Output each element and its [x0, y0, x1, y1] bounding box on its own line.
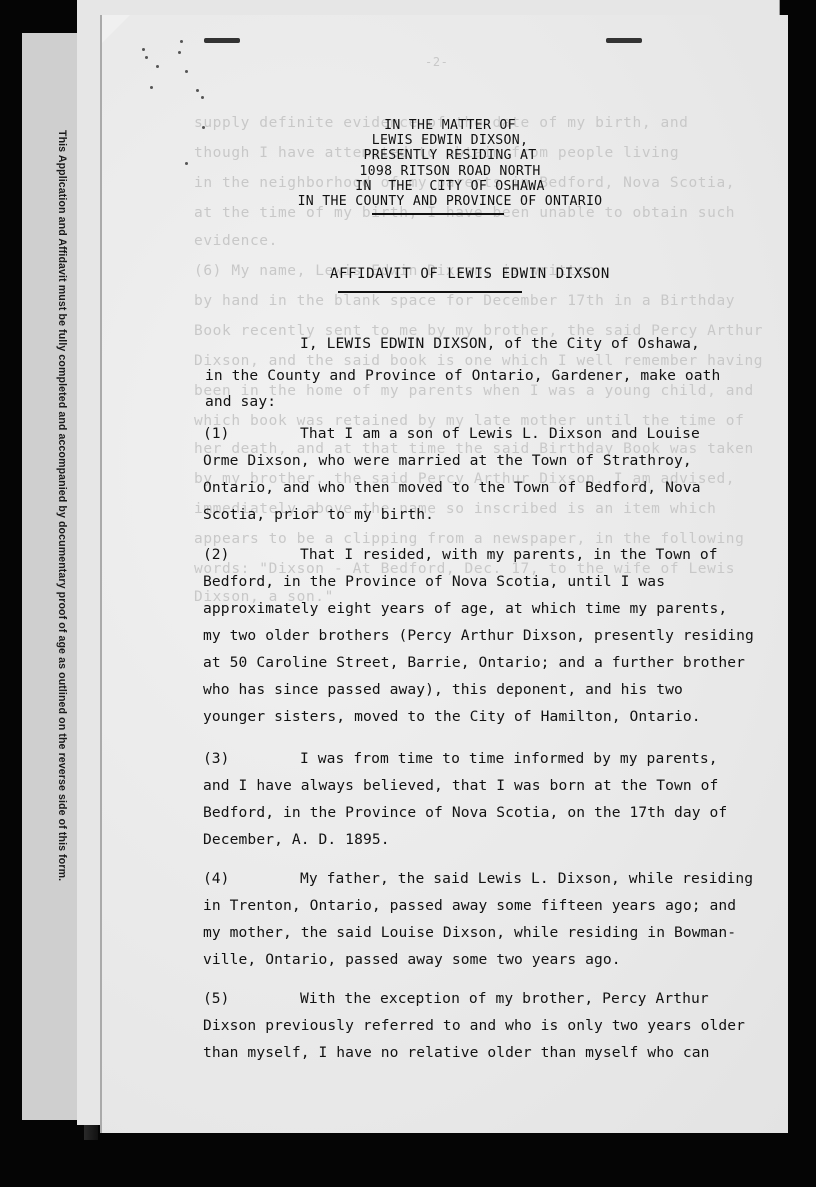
paragraph-line: approximately eight years of age, at whi…: [203, 600, 727, 617]
pinhole: [145, 56, 148, 59]
paragraph-line: Dixson previously referred to and who is…: [203, 1017, 745, 1034]
affidavit-title: AFFIDAVIT OF LEWIS EDWIN DIXSON: [200, 266, 740, 282]
paragraph-line: Ontario, and who then moved to the Town …: [203, 479, 701, 496]
staple-mark-right: [606, 38, 642, 43]
paragraph-line: Orme Dixson, who were married at the Tow…: [203, 452, 692, 469]
title-underline: [338, 291, 522, 293]
paragraph-line: in Trenton, Ontario, passed away some fi…: [203, 897, 736, 914]
caption-line: IN THE CITY OF OSHAWA: [200, 179, 700, 194]
paragraph-line: Scotia, prior to my birth.: [203, 506, 434, 523]
paragraph-line: who has since passed away), this deponen…: [203, 681, 683, 698]
pinhole: [201, 96, 204, 99]
caption-underline: [372, 213, 504, 215]
paragraph-line: my mother, the said Louise Dixson, while…: [203, 924, 736, 941]
pinhole: [185, 162, 188, 165]
paragraph-line: That I resided, with my parents, in the …: [300, 546, 718, 563]
paragraph-number: (2): [203, 546, 229, 563]
pinhole: [196, 89, 199, 92]
paragraph-line: I was from time to time informed by my p…: [300, 750, 718, 767]
paragraph-number: (1): [203, 425, 229, 442]
bleed-through-line: evidence.: [194, 233, 278, 249]
paragraph-number: (4): [203, 870, 229, 887]
caption-line: IN THE COUNTY AND PROVINCE OF ONTARIO: [200, 194, 700, 209]
paragraph-line: December, A. D. 1895.: [203, 831, 390, 848]
paragraph-line: than myself, I have no relative older th…: [203, 1044, 710, 1061]
paragraph-line: younger sisters, moved to the City of Ha…: [203, 708, 701, 725]
caption-line: 1098 RITSON ROAD NORTH: [200, 164, 700, 179]
caption-line: PRESENTLY RESIDING AT: [200, 148, 700, 163]
paragraph-line: and I have always believed, that I was b…: [203, 777, 718, 794]
paragraph-line: Bedford, in the Province of Nova Scotia,…: [203, 804, 727, 821]
pinhole: [150, 86, 153, 89]
intro-line: in the County and Province of Ontario, G…: [205, 367, 720, 384]
paragraph-line: Bedford, in the Province of Nova Scotia,…: [203, 573, 665, 590]
page-corner-fold: [102, 15, 130, 43]
paragraph-line: My father, the said Lewis L. Dixson, whi…: [300, 870, 753, 887]
case-caption: IN THE MATTER OF LEWIS EDWIN DIXSON, PRE…: [200, 118, 700, 209]
pinhole: [185, 70, 188, 73]
caption-line: LEWIS EDWIN DIXSON,: [200, 133, 700, 148]
paragraph-line: That I am a son of Lewis L. Dixson and L…: [300, 425, 700, 442]
paragraph-line: With the exception of my brother, Percy …: [300, 990, 709, 1007]
bleed-page-number: -2-: [425, 55, 448, 69]
paragraph-number: (3): [203, 750, 229, 767]
pinhole: [178, 51, 181, 54]
paragraph-line: my two older brothers (Percy Arthur Dixs…: [203, 627, 754, 644]
bleed-through-line: appears to be a clipping from a newspape…: [194, 531, 744, 547]
pinhole: [156, 65, 159, 68]
bleed-through-line: been in the home of my parents when I wa…: [194, 383, 754, 399]
caption-line: IN THE MATTER OF: [200, 118, 700, 133]
margin-instruction-text: This Application and Affidavit must be f…: [56, 130, 68, 881]
paragraph-line: at 50 Caroline Street, Barrie, Ontario; …: [203, 654, 745, 671]
intro-line: and say:: [205, 393, 276, 410]
pinhole: [180, 40, 183, 43]
intro-line: I, LEWIS EDWIN DIXSON, of the City of Os…: [300, 335, 700, 352]
paragraph-line: ville, Ontario, passed away some two yea…: [203, 951, 621, 968]
pinhole: [142, 48, 145, 51]
staple-mark-left: [204, 38, 240, 43]
paragraph-number: (5): [203, 990, 229, 1007]
bleed-through-line: by hand in the blank space for December …: [194, 293, 735, 309]
